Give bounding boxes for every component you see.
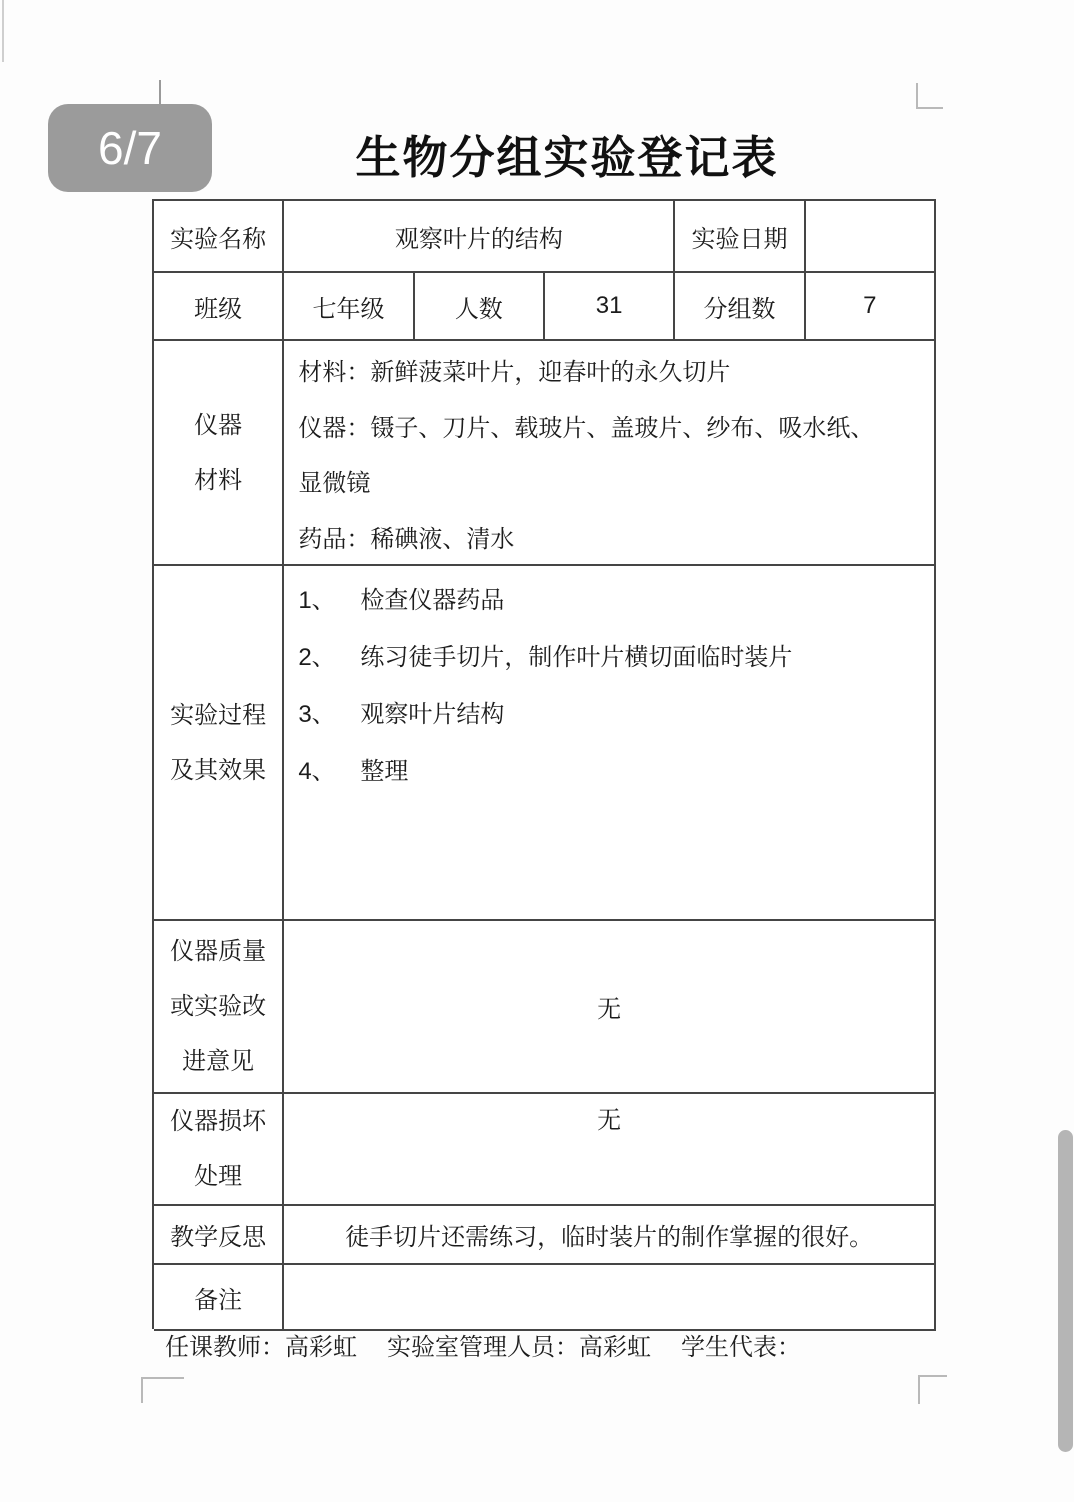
equipment-line: 仪器：镊子、刀片、载玻片、盖玻片、纱布、吸水纸、 xyxy=(298,401,874,457)
equipment-line: 药品：稀碘液、清水 xyxy=(298,512,514,567)
class-value: 七年级 xyxy=(284,273,414,341)
reflection-value: 徒手切片还需练习，临时装片的制作掌握的很好。 xyxy=(284,1206,936,1265)
equipment-materials-content: 材料：新鲜菠菜叶片，迎春叶的永久切片 仪器：镊子、刀片、载玻片、盖玻片、纱布、吸… xyxy=(284,341,936,566)
equipment-label-line1: 仪器 xyxy=(194,398,242,453)
lab-manager-signature: 实验室管理人员：高彩虹 xyxy=(387,1334,651,1362)
class-label: 班级 xyxy=(154,273,284,341)
group-count-label: 分组数 xyxy=(675,273,805,341)
student-count-value: 31 xyxy=(545,273,675,341)
equipment-line: 材料：新鲜菠菜叶片，迎春叶的永久切片 xyxy=(298,345,730,401)
corner-mark-bottom-left-icon xyxy=(141,1377,184,1403)
signature-line: 任课教师：高彩虹 实验室管理人员：高彩虹 学生代表： xyxy=(165,1334,955,1362)
page-title: 生物分组实验登记表 xyxy=(152,118,982,188)
process-step: 1、 检查仪器药品 xyxy=(298,572,926,629)
process-step-text: 整理 xyxy=(360,743,408,800)
process-step-text: 观察叶片结构 xyxy=(360,686,504,743)
damage-handling-label: 仪器损坏 处理 xyxy=(154,1094,284,1206)
equipment-label-line2: 材料 xyxy=(194,453,242,508)
corner-mark-top-right-icon xyxy=(916,83,943,109)
experiment-date-label: 实验日期 xyxy=(675,201,805,273)
remarks-label: 备注 xyxy=(154,1265,284,1331)
quality-label-line1: 仪器质量 xyxy=(170,924,266,979)
corner-mark-bottom-right-icon xyxy=(918,1375,947,1404)
remarks-value xyxy=(284,1265,936,1331)
experiment-date-value xyxy=(806,201,936,273)
damage-handling-value: 无 xyxy=(284,1094,936,1206)
document-page: 6/7 生物分组实验登记表 实验名称 观察叶片的结构 实验日期 班级 七年级 人… xyxy=(0,0,1074,1502)
process-step-number: 2、 xyxy=(298,629,360,686)
equipment-line: 显微镜 xyxy=(298,456,370,512)
process-step-text: 练习徒手切片，制作叶片横切面临时装片 xyxy=(360,629,792,686)
process-content: 1、 检查仪器药品 2、 练习徒手切片，制作叶片横切面临时装片 3、 观察叶片结… xyxy=(284,566,936,921)
group-count-value: 7 xyxy=(806,273,936,341)
process-label: 实验过程 及其效果 xyxy=(154,566,284,921)
scan-edge-line xyxy=(2,0,4,62)
process-step-number: 1、 xyxy=(298,572,360,629)
experiment-record-table: 实验名称 观察叶片的结构 实验日期 班级 七年级 人数 31 分组数 7 仪器 … xyxy=(152,199,936,1329)
process-step: 2、 练习徒手切片，制作叶片横切面临时装片 xyxy=(298,629,926,686)
student-representative-signature: 学生代表： xyxy=(681,1334,801,1362)
vertical-scrollbar-thumb[interactable] xyxy=(1058,1130,1073,1452)
equipment-materials-label: 仪器 材料 xyxy=(154,341,284,566)
process-label-line1: 实验过程 xyxy=(170,688,266,743)
process-step-text: 检查仪器药品 xyxy=(360,572,504,629)
scan-corner-line xyxy=(159,80,161,105)
process-step-number: 4、 xyxy=(298,743,360,800)
damage-label-line2: 处理 xyxy=(194,1149,242,1204)
teacher-signature: 任课教师：高彩虹 xyxy=(165,1334,357,1362)
process-label-line2: 及其效果 xyxy=(170,743,266,798)
process-step: 3、 观察叶片结构 xyxy=(298,686,926,743)
quality-suggestion-label: 仪器质量 或实验改 进意见 xyxy=(154,921,284,1094)
damage-label-line1: 仪器损坏 xyxy=(170,1094,266,1149)
quality-label-line2: 或实验改 xyxy=(170,979,266,1034)
process-step-number: 3、 xyxy=(298,686,360,743)
experiment-name-label: 实验名称 xyxy=(154,201,284,273)
experiment-name-value: 观察叶片的结构 xyxy=(284,201,675,273)
quality-label-line3: 进意见 xyxy=(182,1034,254,1089)
process-step: 4、 整理 xyxy=(298,743,926,800)
quality-suggestion-value: 无 xyxy=(284,921,936,1094)
reflection-label: 教学反思 xyxy=(154,1206,284,1265)
student-count-label: 人数 xyxy=(415,273,545,341)
